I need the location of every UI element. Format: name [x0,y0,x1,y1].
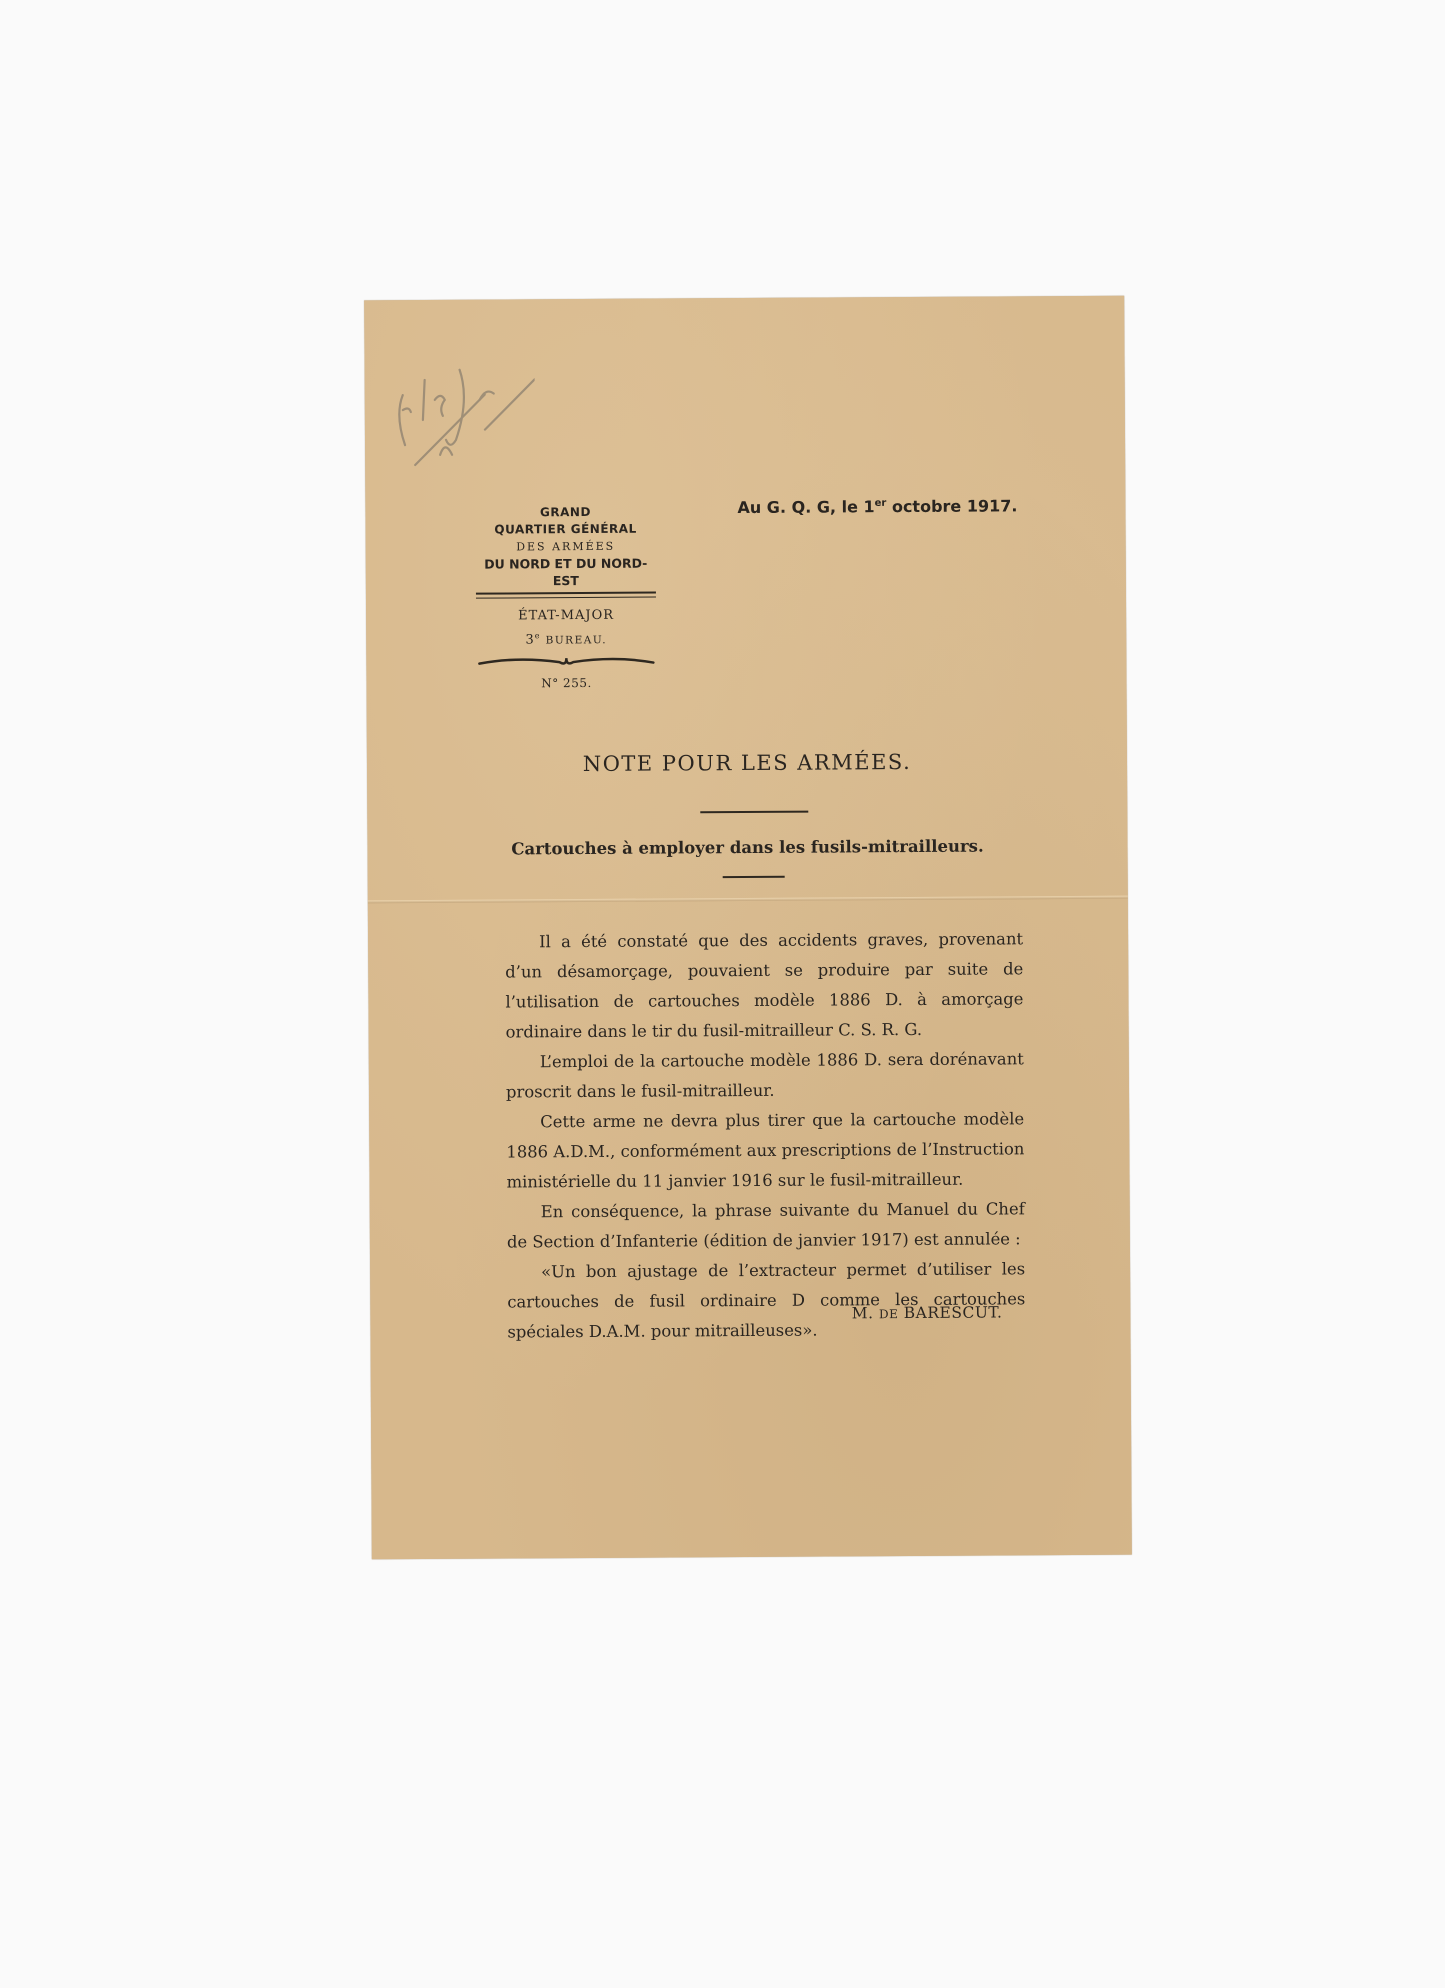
letterhead-staff: ÉTAT-MAJOR [476,606,656,627]
letterhead-line-2: QUARTIER GÉNÉRAL [476,521,656,539]
signature: M. DE BARESCUT. [852,1303,1003,1322]
subtitle-rule [723,876,785,878]
paper-fold-crease [368,896,1128,904]
dateline: Au G. Q. G, le 1er octobre 1917. [737,496,1017,517]
dateline-prefix: Au G. Q. G, le 1 [737,497,874,517]
bureau-label: BUREAU. [546,634,608,646]
body-paragraph: Cette arme ne devra plus tirer que la ca… [506,1104,1025,1197]
body-paragraph: Il a été constaté que des accidents grav… [505,924,1024,1047]
handwritten-pencil-annotation-icon [384,354,535,475]
dateline-rest: octobre 1917. [886,496,1017,516]
letterhead: GRAND QUARTIER GÉNÉRAL DES ARMÉES DU NOR… [475,504,656,691]
title-rule [700,811,808,814]
dateline-superscript: er [875,498,887,509]
document-subtitle: Cartouches à employer dans les fusils-mi… [367,836,1127,860]
letterhead-line-4: DU NORD ET DU NORD-EST [476,555,656,590]
reference-number: N° 255. [476,676,656,691]
quoted-paragraph: «Un bon ajustage de l’extracteur permet … [507,1254,1026,1347]
letterhead-line-3: DES ARMÉES [476,538,656,556]
signature-surname: BARESCUT. [904,1303,1003,1322]
body-paragraph: En conséquence, la phrase suivante du Ma… [507,1194,1025,1257]
letterhead-line-1: GRAND [475,504,655,522]
document-title: NOTE POUR LES ARMÉES. [367,749,1127,778]
document-body: Il a été constaté que des accidents grav… [505,924,1026,1347]
double-rule-divider [476,592,656,599]
letterhead-bureau: 3e BUREAU. [476,626,656,651]
bureau-suffix: e [535,631,541,640]
ornamental-swash-icon [477,654,655,669]
document-sheet: GRAND QUARTIER GÉNÉRAL DES ARMÉES DU NOR… [364,296,1132,1560]
body-paragraph: L’emploi de la cartouche modèle 1886 D. … [506,1044,1024,1107]
signature-particle: DE [879,1307,898,1321]
signature-initial: M. [852,1304,874,1322]
